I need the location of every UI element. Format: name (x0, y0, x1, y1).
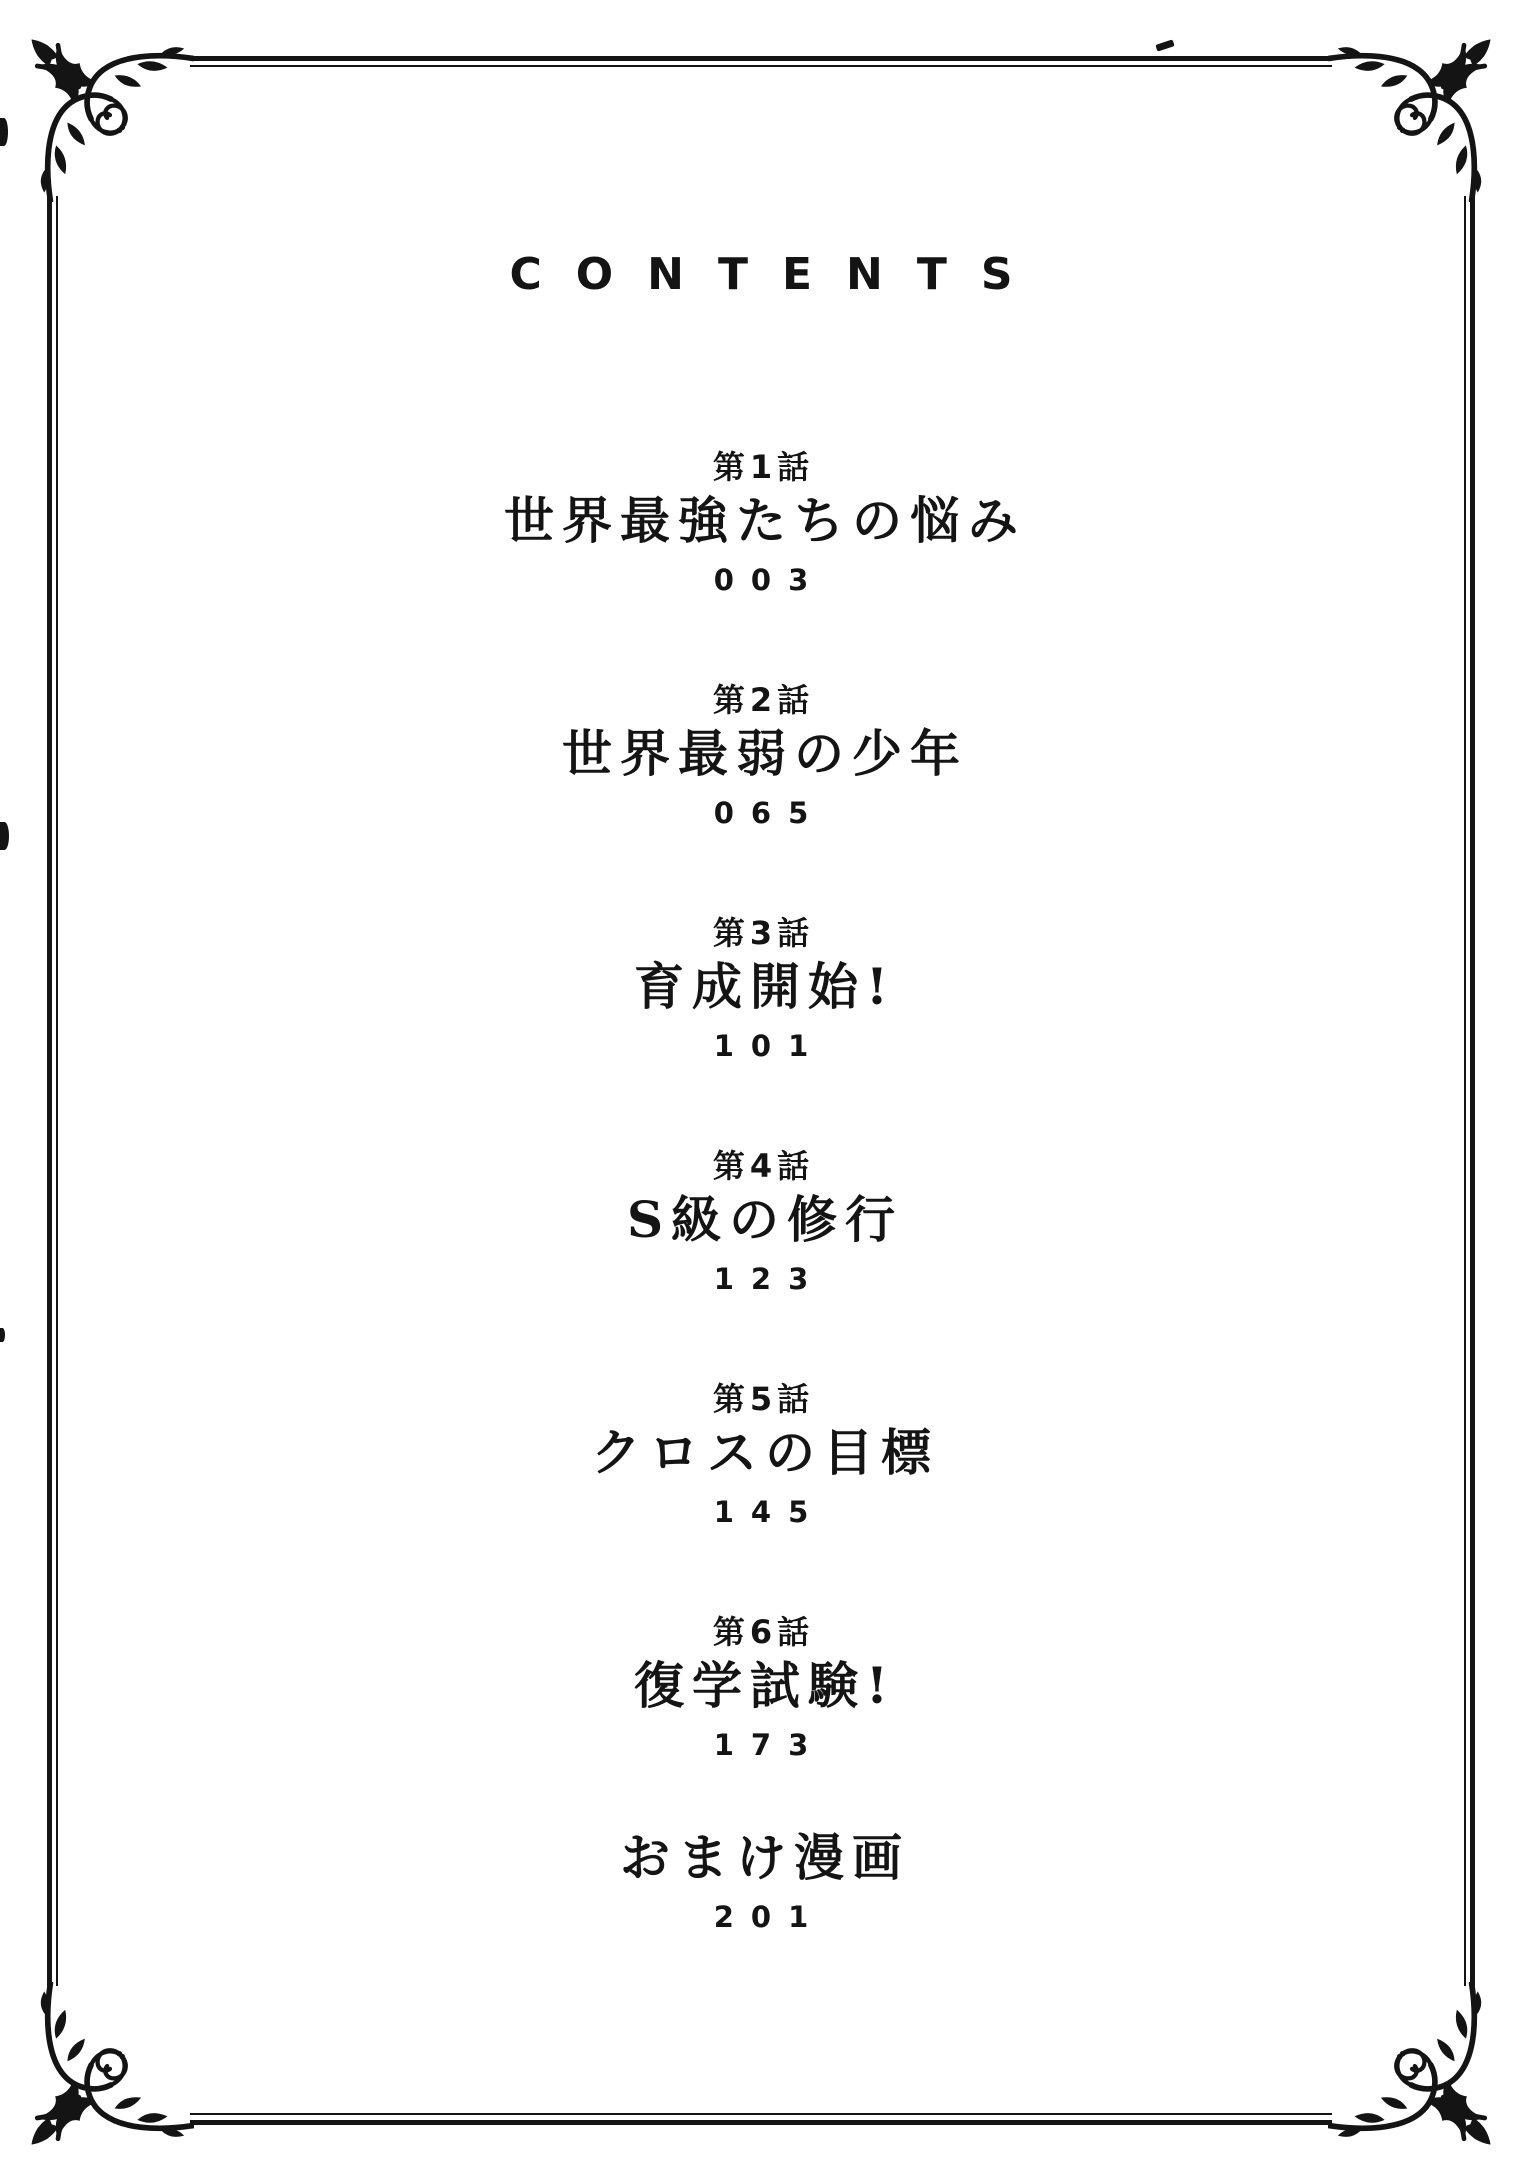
entry-page-number: 201 (0, 1900, 1522, 1934)
toc-entry: 第3話 育成開始! 101 (0, 915, 1522, 1063)
entry-title: 育成開始! (0, 957, 1522, 1017)
entry-chapter-label: 第4話 (0, 1148, 1522, 1184)
entry-title: 世界最強たちの悩み (0, 491, 1522, 551)
entry-page-number: 145 (0, 1495, 1522, 1529)
entry-title: おまけ漫画 (0, 1828, 1522, 1888)
page-title: CONTENTS (0, 253, 1522, 297)
toc-entry: おまけ漫画 201 (0, 1822, 1522, 1934)
toc-entry: 第1話 世界最強たちの悩み 003 (0, 449, 1522, 597)
entry-title: 世界最弱の少年 (0, 724, 1522, 784)
border-bottom-thin-line (190, 2113, 1332, 2115)
entry-chapter-label: 第5話 (0, 1381, 1522, 1417)
entry-chapter-label: 第1話 (0, 449, 1522, 485)
scan-artifact (0, 1328, 5, 1342)
entry-title: S級の修行 (0, 1190, 1522, 1250)
entry-title: クロスの目標 (0, 1423, 1522, 1483)
corner-ornament-bottom-left (24, 1982, 194, 2152)
toc-entry: 第5話 クロスの目標 145 (0, 1381, 1522, 1529)
entry-page-number: 065 (0, 796, 1522, 830)
toc-entry: 第4話 S級の修行 123 (0, 1148, 1522, 1296)
entry-page-number: 173 (0, 1728, 1522, 1762)
entry-page-number: 003 (0, 563, 1522, 597)
entry-title: 復学試験! (0, 1656, 1522, 1716)
entry-chapter-label: 第2話 (0, 682, 1522, 718)
toc-page: CONTENTS 第1話 世界最強たちの悩み 003 第2話 世界最弱の少年 0… (0, 0, 1522, 2160)
corner-ornament-bottom-right (1328, 1982, 1498, 2152)
scan-artifact (1155, 39, 1174, 51)
border-bottom-thick-line (190, 2120, 1332, 2125)
corner-ornament-top-left (24, 32, 194, 202)
entry-chapter-label: 第6話 (0, 1614, 1522, 1650)
border-top-thin-line (190, 65, 1332, 67)
corner-ornament-top-right (1328, 32, 1498, 202)
toc-entry: 第6話 復学試験! 173 (0, 1614, 1522, 1762)
scan-artifact (0, 118, 8, 146)
toc-entry: 第2話 世界最弱の少年 065 (0, 682, 1522, 830)
entry-chapter-label: 第3話 (0, 915, 1522, 951)
entry-page-number: 101 (0, 1029, 1522, 1063)
entry-page-number: 123 (0, 1262, 1522, 1296)
border-top-thick-line (190, 56, 1332, 61)
